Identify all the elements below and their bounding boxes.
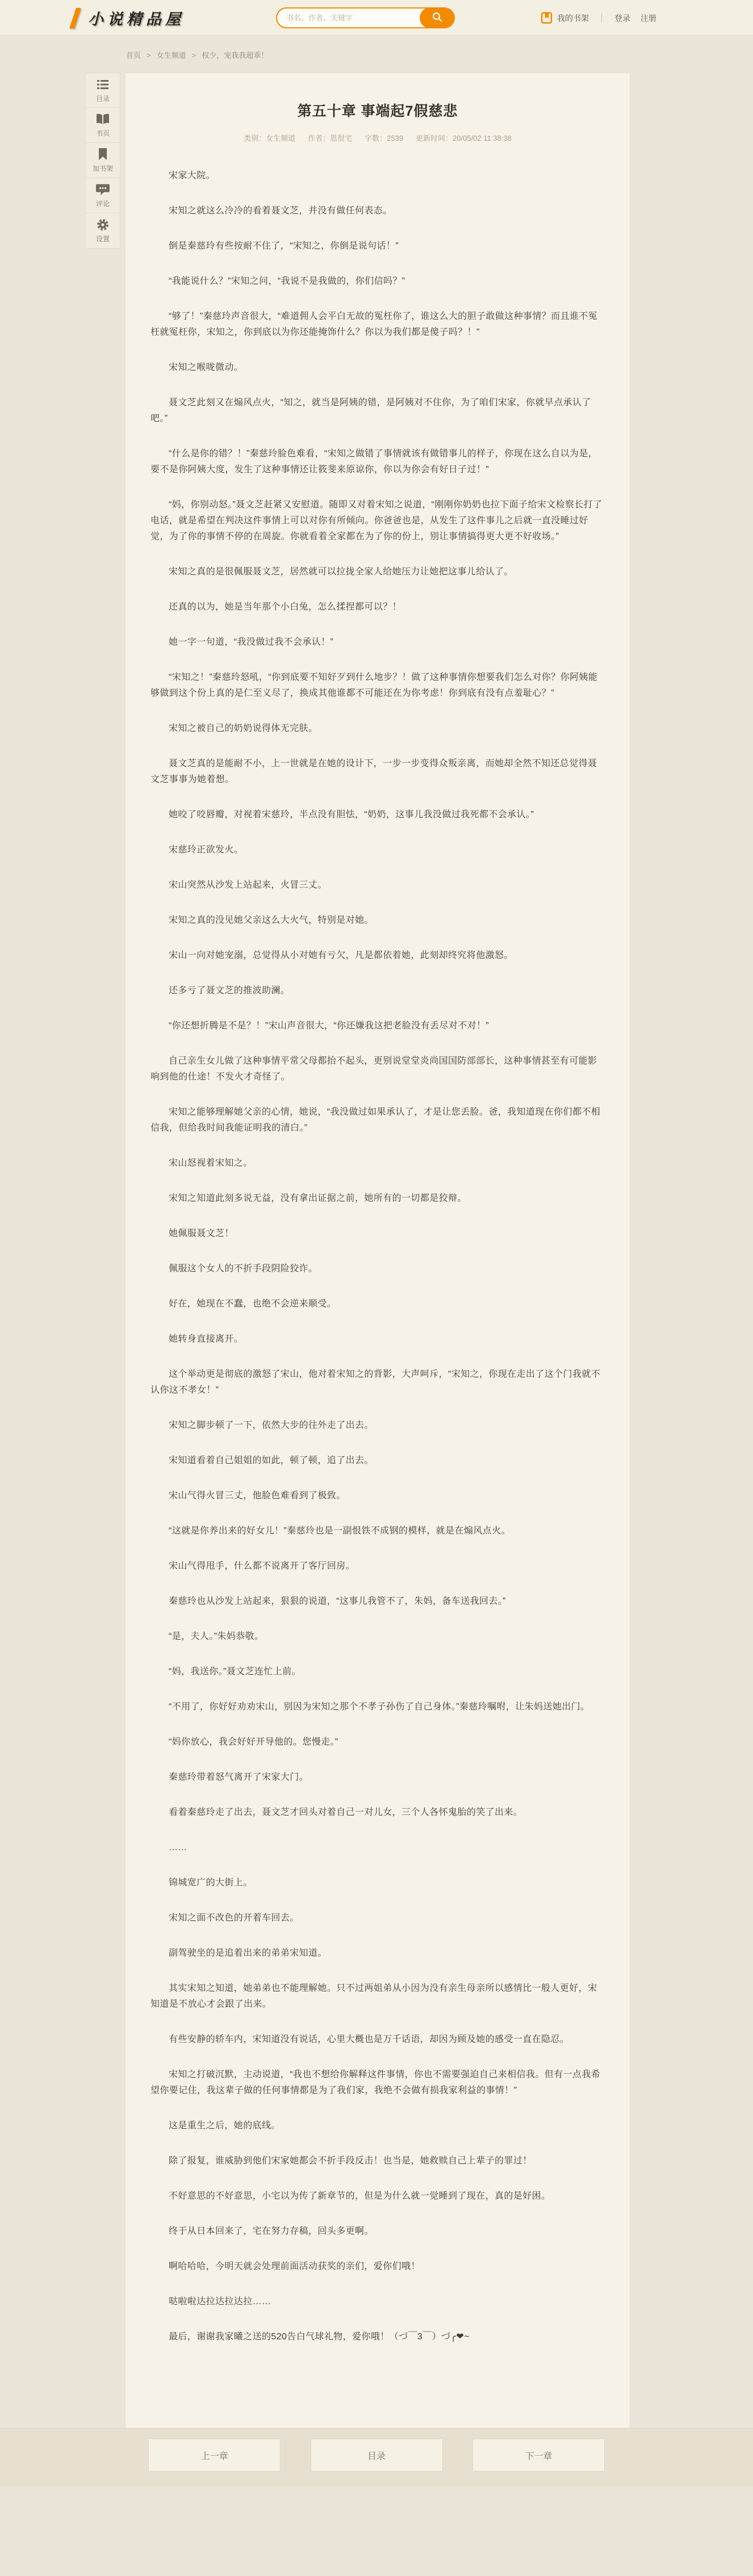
logo-slash-icon (69, 8, 81, 28)
paragraph: 聂文芝此刻又在煽风点火，“知之，就当是阿姨的错，是阿姨对不住你，为了咱们宋家，你… (150, 395, 605, 427)
chapter-content: 宋家大院。宋知之就这么冷冷的看着聂文芝，并没有做任何表态。倒是秦慈玲有些按耐不住… (150, 168, 605, 2345)
paragraph: …… (150, 1840, 605, 1856)
search-input[interactable] (277, 9, 421, 27)
sidebar-item-label: 评论 (96, 199, 110, 208)
prev-chapter-button[interactable]: 上一章 (148, 2439, 281, 2472)
sidebar-item-label: 加书架 (93, 163, 113, 173)
breadcrumb-separator: > (147, 51, 151, 60)
chapter-card: 第五十章 事端起7假慈悲 类别：女生频道作者：恩很宅字数：2539更新时间：20… (125, 73, 630, 2428)
paragraph: 宋知之脚步顿了一下，依然大步的往外走了出去。 (150, 1418, 605, 1434)
chapter-meta-item: 字数：2539 (365, 134, 403, 142)
chapter-meta: 类别：女生频道作者：恩很宅字数：2539更新时间：20/05/02 11:38:… (125, 132, 630, 143)
breadcrumb-item[interactable]: 权少，宠我我超乖！ (202, 51, 268, 60)
paragraph: 她一字一句道，“我没做过我不会承认！” (150, 634, 605, 650)
paragraph: “是，夫人。”朱妈恭敬。 (150, 1629, 605, 1645)
site-header: 小说精品屋 我的书架 登录 注册 (0, 0, 753, 36)
paragraph: “不用了，你好好劝劝宋山，别因为宋知之那个不孝子孙伤了自己身体。”秦慈玲嘱咐，让… (150, 1699, 605, 1715)
paragraph: “够了！”秦慈玲声音很大，“难道佣人会平白无故的冤枉你了，谁这么大的胆子敢做这种… (150, 309, 605, 341)
side-toolbar: 目录 书页 加书架 评论 设置 (85, 73, 120, 249)
paragraph: 宋慈玲正欲发火。 (150, 842, 605, 858)
paragraph: 好在，她现在不蠢，也绝不会逆来顺受。 (150, 1296, 605, 1312)
paragraph: 还真的以为，她是当年那个小白兔，怎么揉捏都可以？！ (150, 599, 605, 615)
paragraph: 她咬了咬唇瓣，对视着宋慈玲，半点没有胆怯，“奶奶，这事儿我没做过我死都不会承认。… (150, 807, 605, 823)
paragraph: “妈，我送你。”聂文芝连忙上前。 (150, 1664, 605, 1680)
paragraph: 宋山一向对她宠溺，总觉得从小对她有亏欠，凡是都依着她，此刻却终究将他激怒。 (150, 948, 605, 964)
paragraph: 最后，谢谢我家曦之送的520告白气球礼物，爱你哦！（づ￣3￣）づ╭❤~ (150, 2329, 605, 2345)
paragraph: 宋山气得甩手，什么都不说离开了客厅回房。 (150, 1558, 605, 1574)
paragraph: 宋山突然从沙发上站起来，火冒三丈。 (150, 877, 605, 893)
breadcrumb-separator: > (192, 51, 196, 60)
paragraph: 宋知之真的是很佩服聂文芝，居然就可以拉拢全家人给她压力让她把这事儿给认了。 (150, 564, 605, 580)
header-actions: 我的书架 登录 注册 (541, 0, 667, 36)
paragraph: 宋知道看着自己姐姐的如此，顿了顿，追了出去。 (150, 1453, 605, 1469)
main-area: 目录 书页 加书架 评论 设置 第五十章 事端起7假慈悲 类别：女生频道作者：恩… (0, 73, 753, 2428)
paragraph: 宋知之面不改色的开着车回去。 (150, 1910, 605, 1926)
sidebar-item-book-page[interactable]: 书页 (85, 108, 120, 143)
paragraph: “我能说什么？”宋知之问，“我说不是我做的，你们信吗？” (150, 274, 605, 289)
list-icon (97, 78, 109, 91)
sidebar-item-label: 设置 (96, 234, 110, 243)
breadcrumb: 首页>女生频道>权少，宠我我超乖！ (126, 49, 753, 60)
paragraph: 自己亲生女儿做了这种事情平常父母都抬不起头，更别说堂堂炎尚国国防部部长，这种事情… (150, 1053, 605, 1085)
paragraph: 锦城宽广的大街上。 (150, 1875, 605, 1891)
sidebar-item-label: 目录 (96, 94, 110, 103)
sidebar-item-add-shelf[interactable]: 加书架 (85, 143, 120, 178)
book-icon (96, 112, 110, 126)
logo-text: 小说精品屋 (88, 7, 185, 29)
paragraph: 秦慈玲带着怒气离开了宋家大门。 (150, 1770, 605, 1785)
paragraph: 宋山气得火冒三丈，他脸色难看到了极致。 (150, 1488, 605, 1504)
paragraph: 宋知之就这么冷冷的看着聂文芝，并没有做任何表态。 (150, 203, 605, 219)
search-bar (276, 7, 455, 28)
sidebar-item-label: 书页 (96, 128, 110, 138)
paragraph: 不好意思的不好意思，小宅以为传了新章节的，但是为什么就一觉睡到了现在，真的是好困… (150, 2188, 605, 2204)
gear-icon (97, 218, 109, 232)
login-link[interactable]: 登录 (614, 12, 630, 24)
chapter-meta-item: 类别：女生频道 (244, 134, 295, 142)
next-chapter-button[interactable]: 下一章 (472, 2439, 605, 2472)
sidebar-item-catalog[interactable]: 目录 (85, 73, 120, 108)
paragraph: 哒啦啦达拉达拉达拉…… (150, 2294, 605, 2310)
paragraph: 还多亏了聂文芝的推波助澜。 (150, 983, 605, 999)
paragraph: 这个举动更是彻底的激怒了宋山，他对着宋知之的背影，大声呵斥，“宋知之，你现在走出… (150, 1367, 605, 1398)
paragraph: 宋知之被自己的奶奶说得体无完肤。 (150, 721, 605, 737)
comment-icon (96, 183, 110, 196)
register-link[interactable]: 注册 (641, 12, 656, 24)
my-shelf-link[interactable]: 我的书架 (541, 12, 589, 24)
chapter-title: 第五十章 事端起7假慈悲 (125, 103, 630, 120)
paragraph: 聂文芝真的是能耐不小，上一世就是在她的设计下，一步一步变得众叛亲离，而她却全然不… (150, 756, 605, 788)
paragraph: “什么是你的错？！”秦慈玲脸色难看，“宋知之做错了事情就该有做错事儿的样子，你现… (150, 446, 605, 478)
bookmark-icon (98, 148, 107, 161)
paragraph: 倒是秦慈玲有些按耐不住了，“宋知之，你倒是说句话！” (150, 238, 605, 254)
bookshelf-icon (541, 12, 553, 24)
paragraph: 副驾驶坐的是追着出来的弟弟宋知道。 (150, 1945, 605, 1961)
my-shelf-label: 我的书架 (557, 12, 589, 24)
paragraph: 佩服这个女人的不折手段阴险狡诈。 (150, 1261, 605, 1277)
sidebar-item-comments[interactable]: 评论 (85, 178, 120, 213)
paragraph: 宋山怒视着宋知之。 (150, 1155, 605, 1171)
chapter-footer-nav: 上一章 目录 下一章 (0, 2428, 753, 2487)
chapter-meta-item: 作者：恩很宅 (308, 134, 352, 142)
paragraph: 宋知之打破沉默，主动说道，“我也不想给你解释这件事情，你也不需要强迫自己来相信我… (150, 2067, 605, 2099)
header-divider (601, 14, 602, 23)
paragraph: 宋知之真的没见她父亲这么大火气，特别是对她。 (150, 913, 605, 928)
paragraph: “这就是你养出来的好女儿！”秦慈玲也是一副恨铁不成钢的模样，就是在煽风点火。 (150, 1523, 605, 1539)
sidebar-item-settings[interactable]: 设置 (85, 213, 120, 249)
paragraph: 终于从日本回来了，宅在努力存稿，回头多更啊。 (150, 2224, 605, 2239)
paragraph: 秦慈玲也从沙发上站起来，狠狠的说道，“这事儿我管不了，朱妈，备车送我回去。” (150, 1594, 605, 1610)
paragraph: 宋知之知道此刻多说无益，没有拿出证据之前，她所有的一切都是狡辩。 (150, 1191, 605, 1207)
paragraph: 除了报复，谁威胁到他们宋家她都会不折手段反击！也当是，她救赎自己上辈子的罪过！ (150, 2153, 605, 2169)
paragraph: 宋知之能够理解她父亲的心情，她说，“我没做过如果承认了，才是让您丢脸。爸，我知道… (150, 1104, 605, 1136)
paragraph: “妈你放心，我会好好开导他的。您慢走。” (150, 1734, 605, 1750)
paragraph: “宋知之！”秦慈玲怒吼，“你到底要不知好歹到什么地步？！做了这种事情你想要我们怎… (150, 670, 605, 701)
search-icon (432, 11, 443, 24)
paragraph: 她转身直接离开。 (150, 1331, 605, 1347)
paragraph: 有些安静的轿车内，宋知道没有说话，心里大概也是万千话语，却因为顾及她的感受一直在… (150, 2032, 605, 2048)
breadcrumb-item[interactable]: 女生频道 (157, 51, 186, 60)
toc-button[interactable]: 目录 (311, 2439, 443, 2472)
paragraph: 宋家大院。 (150, 168, 605, 184)
paragraph: “你还想折腾是不是？！”宋山声音很大，“你还嫌我这把老脸没有丢尽对不对！” (150, 1018, 605, 1034)
paragraph: 看着秦慈玲走了出去，聂文芝才回头对着自己一对儿女，三个人各怀鬼胎的笑了出来。 (150, 1805, 605, 1821)
paragraph: 这是重生之后，她的底线。 (150, 2118, 605, 2134)
site-logo[interactable]: 小说精品屋 (73, 7, 185, 29)
paragraph: 啊哈哈哈，今明天就会处理前面活动获奖的亲们，爱你们哦！ (150, 2259, 605, 2275)
search-button[interactable] (420, 7, 455, 28)
paragraph: 宋知之喉咙微动。 (150, 360, 605, 376)
breadcrumb-item[interactable]: 首页 (126, 51, 141, 60)
chapter-meta-item: 更新时间：20/05/02 11:38:38 (416, 134, 512, 142)
paragraph: “妈，你别动怒。”聂文芝赶紧又安慰道。随即又对着宋知之说道，“刚刚你奶奶也拉下面… (150, 497, 605, 545)
paragraph: 她佩服聂文芝！ (150, 1226, 605, 1242)
paragraph: 其实宋知之知道，她弟弟也不能理解她。只不过两姐弟从小因为没有亲生母亲所以感情比一… (150, 1981, 605, 2012)
